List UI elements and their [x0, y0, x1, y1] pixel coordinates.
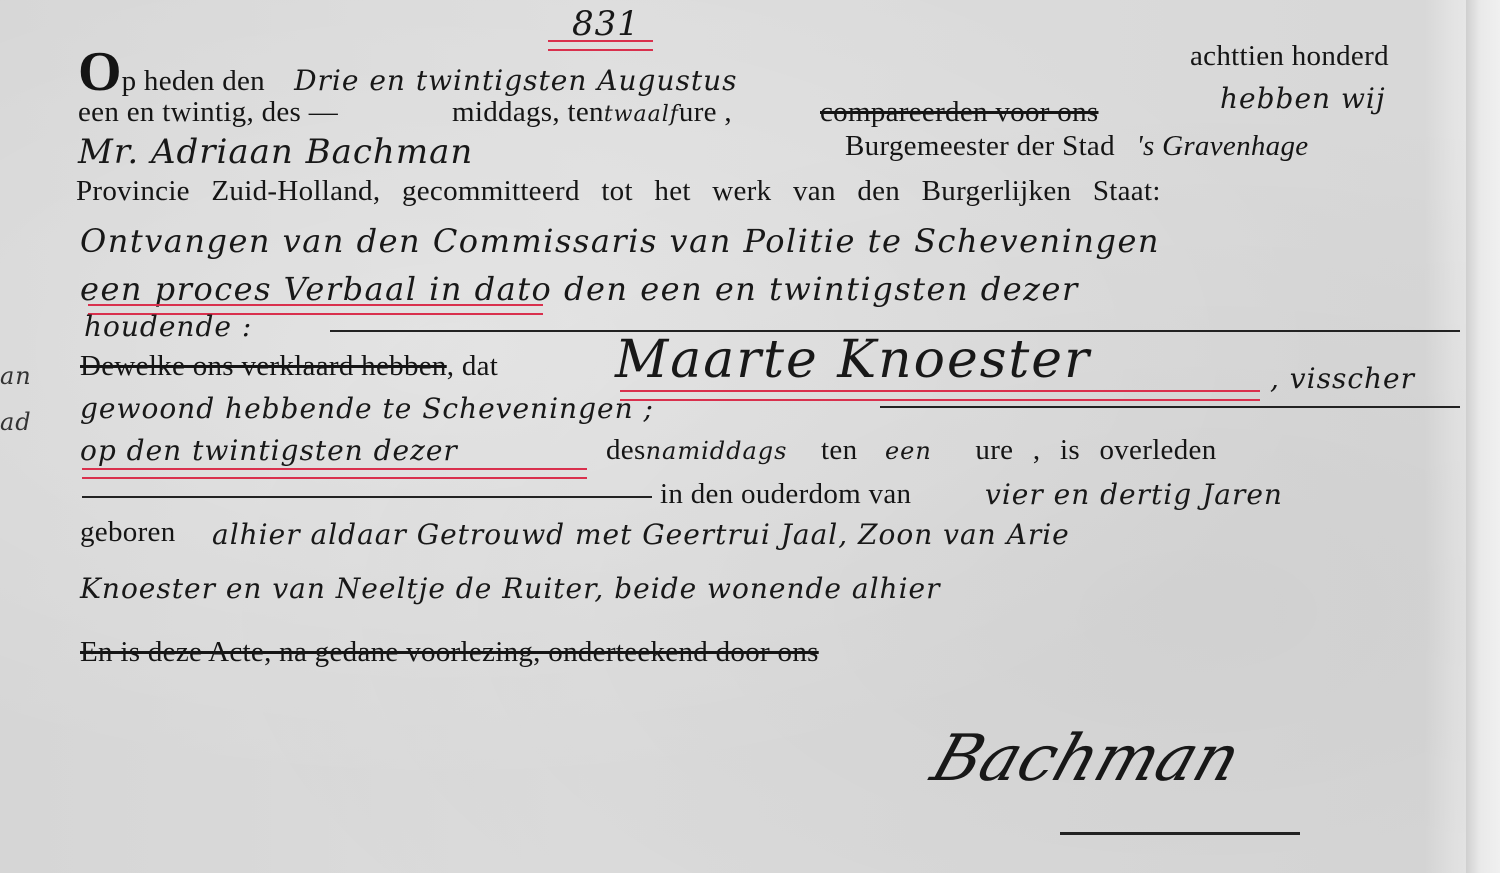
printed-age-label: in den ouderdom van	[660, 478, 911, 511]
handwritten-daypart: namiddags	[646, 437, 788, 465]
deceased-name: Maarte Knoester	[615, 330, 1091, 390]
record-number: 831	[572, 4, 640, 44]
drop-cap: O	[78, 41, 122, 103]
signature-flourish	[1060, 832, 1300, 835]
margin-note: ad	[0, 408, 32, 436]
handwritten-hour: een	[885, 437, 932, 465]
printed-text: ten	[821, 434, 857, 466]
printed-year-part: achttien honderd	[1190, 40, 1389, 73]
scanned-document-page: 831 Op heden den Drie en twintigsten Aug…	[0, 0, 1500, 873]
line-1: Op heden den Drie en twintigsten Augustu…	[78, 44, 738, 100]
signature: Bachman	[923, 722, 1249, 796]
page-edge	[1466, 0, 1500, 873]
red-underline-death-date	[82, 468, 587, 479]
margin-note: an	[0, 362, 32, 390]
handwritten-text: houdende :	[84, 310, 252, 343]
printed-text: des	[606, 434, 646, 466]
handwritten-text: hebben wij	[1220, 82, 1386, 115]
handwritten-residence: gewoond hebbende te Scheveningen ;	[80, 392, 654, 425]
printed-born-label: geboren	[80, 516, 176, 549]
struck-closing-formula: En is deze Acte, na gedane voorlezing, o…	[80, 636, 819, 669]
handwritten-age: vier en dertig Jaren	[985, 478, 1283, 511]
printed-province: Provincie Zuid-Holland, gecommitteerd to…	[76, 175, 1161, 208]
handwritten-parents: Knoester en van Neeltje de Ruiter, beide…	[80, 572, 941, 605]
printed-year-end: een en twintig, des —	[78, 96, 338, 129]
struck-printed-text: compareerden voor ons	[820, 96, 1098, 129]
printed-text: Burgemeester der Stad	[845, 130, 1115, 162]
handwritten-official-name: Mr. Adriaan Bachman	[78, 132, 473, 172]
handwritten-date: Drie en twintigsten Augustus	[294, 64, 737, 97]
printed-text: middags, ten	[452, 96, 604, 128]
printed-text: , dat	[447, 350, 498, 382]
line-10-printed: desnamiddags ten een ure , is overleden	[606, 434, 1217, 467]
red-underline-deceased-name	[620, 390, 1260, 401]
handwritten-birthplace-spouse: alhier aldaar Getrouwd met Geertrui Jaal…	[212, 518, 1070, 551]
printed-text: ure ,	[679, 96, 732, 128]
handwritten-text: een proces Verbaal in dato den een en tw…	[80, 270, 1079, 308]
line-8-printed: Dewelke ons verklaard hebben, dat	[80, 350, 498, 383]
printed-title: Burgemeester der Stad 's Gravenhage	[845, 130, 1308, 163]
printed-city: 's Gravenhage	[1136, 130, 1308, 162]
handwritten-death-date: op den twintigsten dezer	[80, 434, 458, 467]
handwritten-occupation: , visscher	[1270, 362, 1415, 395]
printed-text: ure , is overleden	[975, 434, 1216, 466]
printed-text: p heden den	[122, 65, 265, 97]
fill-line	[880, 406, 1460, 408]
fill-line	[82, 496, 652, 498]
printed-time-label: middags, tentwaalfure ,	[452, 96, 732, 129]
struck-printed-text: Dewelke ons verklaard hebben	[80, 350, 447, 382]
handwritten-hour: twaalf	[604, 102, 679, 127]
handwritten-text: Ontvangen van den Commissaris van Politi…	[80, 222, 1160, 260]
